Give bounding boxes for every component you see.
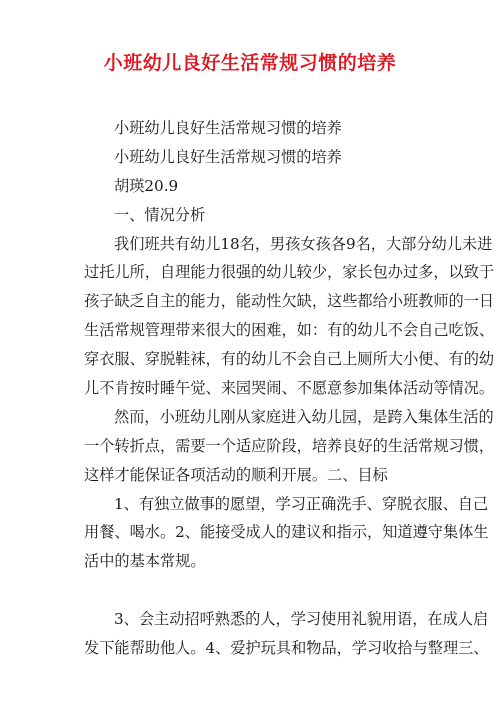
subtitle-line: 小班幼儿良好生活常规习惯的培养 <box>84 114 448 143</box>
section-heading: 一、情况分析 <box>84 201 448 230</box>
document-title: 小班幼儿良好生活常规习惯的培养 <box>0 50 500 76</box>
paragraph-line: 这样才能保证各项活动的顺利开展。二、目标 <box>84 461 448 490</box>
paragraph-line: 穿衣服、穿脱鞋袜，有的幼儿不会自己上厕所大小便、有的幼 <box>84 345 448 374</box>
paragraph-line: 用餐、喝水。2、能接受成人的建议和指示，知道遵守集体生 <box>84 518 448 547</box>
paragraph-line: 1、有独立做事的愿望，学习正确洗手、穿脱衣服、自己 <box>84 490 448 519</box>
paragraph-line: 发下能帮助他人。4、爱护玩具和物品，学习收拾与整理三、 <box>84 634 448 663</box>
document-body: 小班幼儿良好生活常规习惯的培养 小班幼儿良好生活常规习惯的培养 胡瑛20.9 一… <box>84 114 448 663</box>
paragraph-line: 活中的基本常规。 <box>84 547 448 576</box>
paragraph-line: 我们班共有幼儿18名，男孩女孩各9名，大部分幼儿未进 <box>84 230 448 259</box>
paragraph-line: 生活常规管理带来很大的困难，如：有的幼儿不会自己吃饭、 <box>84 316 448 345</box>
paragraph-line: 一个转折点，需要一个适应阶段，培养良好的生活常规习惯， <box>84 432 448 461</box>
paragraph-line: 过托儿所，自理能力很强的幼儿较少，家长包办过多，以致于 <box>84 258 448 287</box>
author-line: 胡瑛20.9 <box>84 172 448 201</box>
paragraph-line: 3、会主动招呼熟悉的人，学习使用礼貌用语，在成人启 <box>84 605 448 634</box>
paragraph-line: 然而，小班幼儿刚从家庭进入幼儿园，是跨入集体生活的 <box>84 403 448 432</box>
blank-line <box>84 576 448 605</box>
paragraph-line: 儿不肯按时睡午觉、来园哭闹、不愿意参加集体活动等情况。 <box>84 374 448 403</box>
paragraph-line: 孩子缺乏自主的能力，能动性欠缺，这些都给小班教师的一日 <box>84 287 448 316</box>
subtitle-line: 小班幼儿良好生活常规习惯的培养 <box>84 143 448 172</box>
